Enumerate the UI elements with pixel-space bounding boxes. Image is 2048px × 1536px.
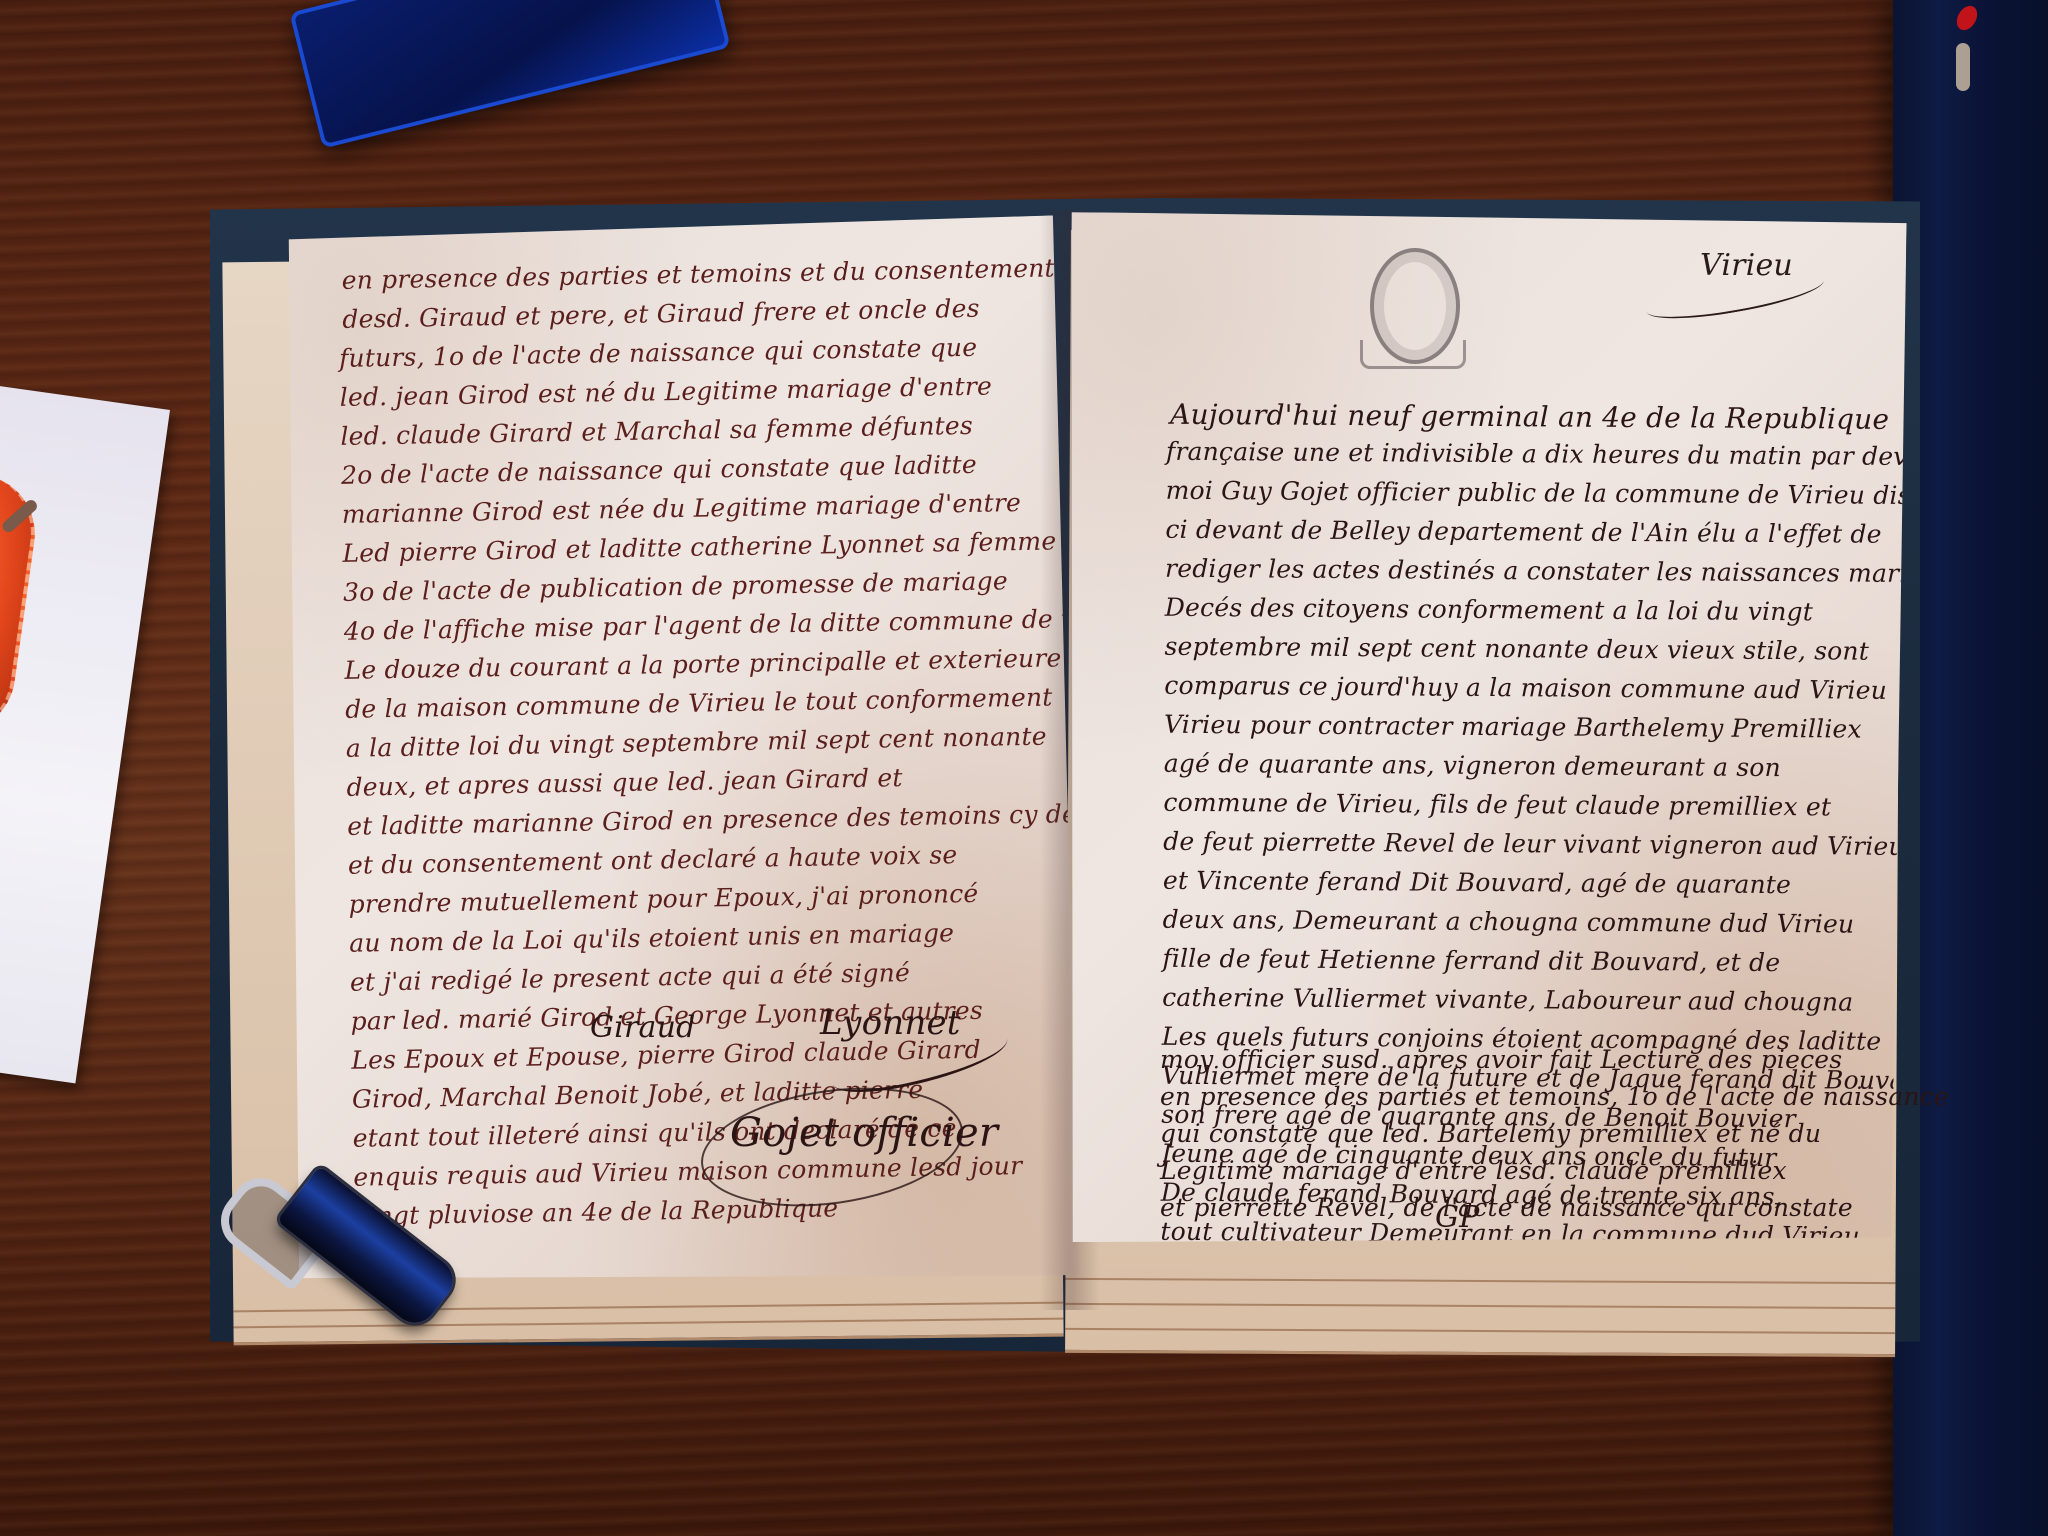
officer-signature: Gojet officier bbox=[730, 1110, 998, 1156]
text-line: led. claude Girard et Marchal sa femme d… bbox=[340, 411, 973, 451]
text-line: de la maison commune de Virieu le tout c… bbox=[345, 682, 1053, 723]
photo-card bbox=[0, 381, 170, 1084]
text-line: catherine Vulliermet vivante, Laboureur … bbox=[1162, 983, 1853, 1017]
fabric-pattern bbox=[1952, 5, 1978, 105]
text-line: comparus ce jourd'huy a la maison commun… bbox=[1164, 671, 1887, 705]
text-line: 2o de l'acte de naissance qui constate q… bbox=[341, 450, 977, 490]
text-line: deux, et apres aussi que led. jean Girar… bbox=[346, 763, 903, 802]
text-line: qui constate que led. Bartelemy premilli… bbox=[1160, 1119, 1821, 1148]
text-line: Decés des citoyens conformement a la loi… bbox=[1165, 593, 1813, 627]
text-line: Le douze du courant a la porte principal… bbox=[344, 643, 1061, 685]
text-line: et du consentement ont declaré a haute v… bbox=[348, 840, 958, 880]
blue-plastic-object bbox=[289, 0, 730, 149]
text-line: en presence des parties et temoins et du… bbox=[341, 253, 1055, 294]
text-line: deux ans, Demeurant a chougna commune du… bbox=[1163, 905, 1855, 939]
paraph-mark: GP bbox=[1435, 1200, 1480, 1235]
signature-giraud: Giraud bbox=[590, 1010, 696, 1045]
text-line: desd. Giraud et pere, et Giraud frere et… bbox=[342, 294, 980, 334]
text-line: Aujourd'hui neuf germinal an 4e de la Re… bbox=[1170, 398, 1889, 436]
text-line: agé de quarante ans, vigneron demeurant … bbox=[1164, 749, 1781, 782]
text-line: marianne Girod est née du Legitime maria… bbox=[342, 488, 1022, 529]
text-line: 4o de l'affiche mise par l'agent de la d… bbox=[344, 604, 1096, 646]
text-line: et j'ai redigé le present acte qui a été… bbox=[350, 958, 910, 997]
text-line: et Vincente ferand Dit Bouvard, agé de q… bbox=[1163, 866, 1791, 899]
text-line: Legitime mariage d'entre lesd. claude pr… bbox=[1160, 1156, 1787, 1185]
text-line: Led pierre Girod et laditte catherine Ly… bbox=[342, 526, 1056, 567]
text-line: 3o de l'acte de publication de promesse … bbox=[343, 566, 1008, 607]
text-line: française une et indivisible a dix heure… bbox=[1166, 437, 1950, 471]
text-line: septembre mil sept cent nonante deux vie… bbox=[1164, 632, 1869, 666]
text-line: futurs, 1o de l'acte de naissance qui co… bbox=[339, 333, 978, 373]
text-line: moy officier susd. apres avoir fait Lect… bbox=[1160, 1045, 1842, 1074]
text-line: et pierrette Revel, de l'acte de naissan… bbox=[1160, 1193, 1853, 1222]
text-line: commune de Virieu, fils de feut claude p… bbox=[1163, 788, 1831, 822]
text-line: rediger les actes destinés a constater l… bbox=[1165, 554, 2000, 589]
text-line: fille de feut Hetienne ferrand dit Bouva… bbox=[1162, 944, 1780, 977]
text-line: Virieu pour contracter mariage Barthelem… bbox=[1164, 710, 1862, 744]
fabric-cream-motif bbox=[1956, 43, 1970, 91]
text-line: moi Guy Gojet officier public de la comm… bbox=[1166, 476, 1966, 511]
text-line: et laditte marianne Girod en presence de… bbox=[347, 798, 1133, 841]
text-line: au nom de la Loi qu'ils etoient unis en … bbox=[349, 918, 954, 958]
text-line: led. jean Girod est né du Legitime maria… bbox=[340, 372, 993, 412]
fabric-red-motif bbox=[1953, 2, 1982, 34]
text-line: prendre mutuellement pour Epoux, j'ai pr… bbox=[348, 879, 978, 919]
official-seal-base bbox=[1360, 340, 1466, 369]
text-line: en presence des parties et temoins, 1o d… bbox=[1160, 1082, 1949, 1111]
text-line: ci devant de Belley departement de l'Ain… bbox=[1165, 515, 1881, 549]
text-line: de feut pierrette Revel de leur vivant v… bbox=[1163, 827, 1913, 861]
text-line: a la ditte loi du vingt septembre mil se… bbox=[346, 722, 1047, 763]
